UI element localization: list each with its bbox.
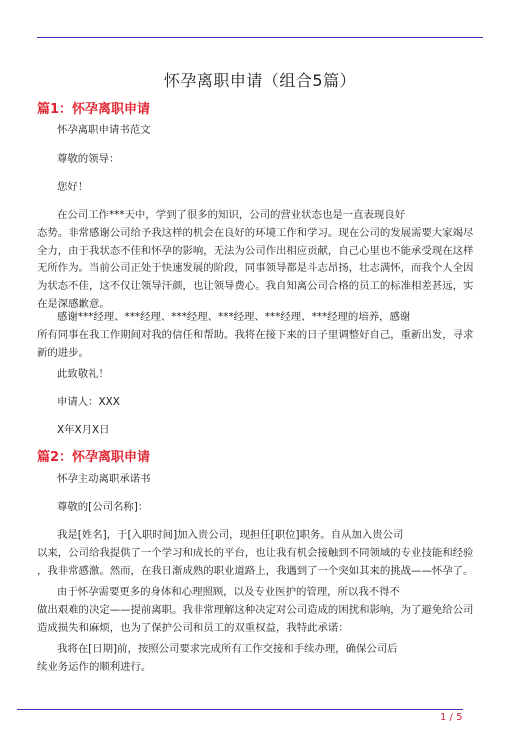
text-line: 所有同事在我工作期间对我的信任和帮助。我将在接下来的日子里调整好自己，重新出发，… xyxy=(37,327,483,345)
paragraph: 我是[姓名]，于[入职时间]加入贵公司，现担任[职位]职务。自从加入贵公司 以来… xyxy=(37,527,483,580)
footer-rule xyxy=(17,709,463,710)
paragraph: 在公司工作***天中，学到了很多的知识，公司的营业状态也是一直表现良好 态势。非… xyxy=(37,207,483,314)
text-line: 尊敬的[公司名称]： xyxy=(57,499,483,517)
paragraph: 怀孕主动离职承诺书 xyxy=(37,471,483,489)
text-line: X年X月X日 xyxy=(57,422,483,440)
text-line: 全力，由于我状态不佳和怀孕的影响，无法为公司作出相应贡献，自己心里也不能承受现在… xyxy=(37,243,483,261)
paragraph: 此致敬礼！ xyxy=(37,366,483,384)
paragraph: X年X月X日 xyxy=(37,422,483,440)
text-line: 我将在[日期]前，按照公司要求完成所有工作交接和手续办理，确保公司后 xyxy=(37,641,483,659)
section-2-heading: 篇2：怀孕离职申请 xyxy=(37,446,150,465)
text-line: 无所作为。当前公司正处于快速发展的阶段，同事领导都是斗志昂扬，壮志满怀，而我个人… xyxy=(37,260,483,278)
paragraph: 申请人：XXX xyxy=(37,394,483,412)
text-line: 您好！ xyxy=(57,179,483,197)
page-indicator: 1 / 5 xyxy=(440,712,462,723)
text-line: 在公司工作***天中，学到了很多的知识，公司的营业状态也是一直表现良好 xyxy=(37,207,483,225)
text-line: 新的进步。 xyxy=(37,345,483,363)
text-line: 怀孕主动离职承诺书 xyxy=(57,471,483,489)
text-line: 申请人：XXX xyxy=(57,394,483,412)
text-line: 此致敬礼！ xyxy=(57,366,483,384)
text-line: 我是[姓名]，于[入职时间]加入贵公司，现担任[职位]职务。自从加入贵公司 xyxy=(37,527,483,545)
text-line: 尊敬的领导： xyxy=(57,151,483,169)
text-line: 为状态不佳，这不仅让领导汗颜，也让领导费心。我自知离公司合格的员工的标准相差甚远… xyxy=(37,278,483,296)
paragraph: 您好！ xyxy=(37,179,483,197)
paragraph: 由于怀孕需要更多的身体和心理照顾，以及专业医护的管理，所以我不得不 做出艰难的决… xyxy=(37,584,483,637)
text-line: 由于怀孕需要更多的身体和心理照顾，以及专业医护的管理，所以我不得不 xyxy=(37,584,483,602)
paragraph: 怀孕离职申请书范文 xyxy=(37,122,483,140)
document-title: 怀孕离职申请（组合5篇） xyxy=(0,68,520,91)
text-line: 态势。非常感谢公司给予我这样的机会在良好的环境工作和学习。现在公司的发展需要大家… xyxy=(37,225,483,243)
text-line: 造成损失和麻烦，也为了保护公司和员工的双重权益，我特此承诺： xyxy=(37,620,483,638)
text-line: 续业务运作的顺利进行。 xyxy=(37,659,483,677)
paragraph: 尊敬的[公司名称]： xyxy=(37,499,483,517)
text-line: ，我非常感激。然而，在我日渐成熟的职业道路上，我遇到了一个突如其来的挑战——怀孕… xyxy=(37,563,483,581)
text-line: 以来，公司给我提供了一个学习和成长的平台，也让我有机会接触到不同领域的专业技能和… xyxy=(37,545,483,563)
text-line: 做出艰难的决定——提前离职。我非常理解这种决定对公司造成的困扰和影响，为了避免给… xyxy=(37,602,483,620)
section-1-heading: 篇1：怀孕离职申请 xyxy=(37,98,150,117)
text-line: 怀孕离职申请书范文 xyxy=(57,122,483,140)
header-rule xyxy=(37,37,483,38)
paragraph: 我将在[日期]前，按照公司要求完成所有工作交接和手续办理，确保公司后 续业务运作… xyxy=(37,641,483,677)
paragraph: 感谢***经理、***经理、***经理、***经理、***经理、***经理的培养… xyxy=(37,309,483,362)
text-line: 感谢***经理、***经理、***经理、***经理、***经理、***经理的培养… xyxy=(37,309,483,327)
paragraph: 尊敬的领导： xyxy=(37,151,483,169)
